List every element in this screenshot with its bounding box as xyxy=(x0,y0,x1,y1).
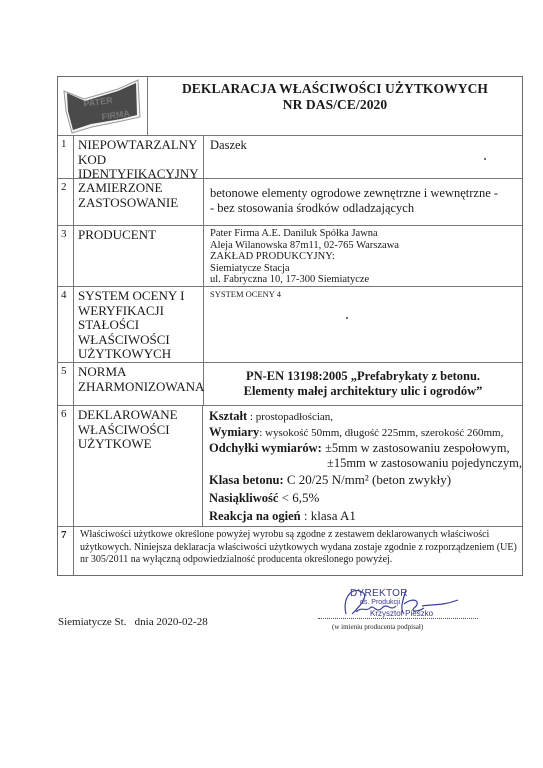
title-line-1: DEKLARACJA WŁAŚCIWOŚCI UŻYTKOWYCH xyxy=(148,81,522,97)
signature-caption: (w imieniu producenta podpisał) xyxy=(332,623,423,631)
property-tolerance-2: ±15mm w zastosowaniu pojedynczym, xyxy=(209,456,522,471)
row-number: 7 xyxy=(58,527,74,575)
row-number: 5 xyxy=(58,363,74,405)
row-number: 3 xyxy=(58,226,74,286)
table-row: 3 PRODUCENT Pater Firma A.E. Daniluk Spó… xyxy=(58,226,522,287)
property-tolerance: Odchyłki wymiarów: ±5mm w zastosowaniu z… xyxy=(209,441,522,456)
property-absorption: Nasiąkliwość < 6,5% xyxy=(209,489,522,507)
place-and-date: Siemiatycze St. dnia 2020-02-28 xyxy=(58,616,208,628)
table-row: 4 SYSTEM OCENY I WERYFIKACJI STAŁOŚCI WŁ… xyxy=(58,287,522,363)
title-line-2: NR DAS/CE/2020 xyxy=(148,97,522,113)
signature-block: DYREKTOR ds. Produkcji Krzysztof Pieszko… xyxy=(318,588,478,648)
table-row: 7 Właściwości użytkowe określone powyżej… xyxy=(58,527,522,575)
property-shape: Kształt : prostopadłościan, xyxy=(209,409,522,425)
row-value: betonowe elementy ogrodowe zewnętrzne i … xyxy=(204,179,522,225)
conformity-statement: Właściwości użytkowe określone powyżej w… xyxy=(74,527,522,575)
row-number: 6 xyxy=(58,406,74,526)
scan-speck xyxy=(346,317,348,319)
property-dimensions: Wymiary: wysokość 50mm, długość 225mm, s… xyxy=(209,425,522,441)
logo: PATER FIRMA xyxy=(58,77,148,135)
table-row: 1 NIEPOWTARZALNY KOD IDENTYFIKACYJNY Das… xyxy=(58,136,522,179)
row-label: ZAMIERZONE ZASTOSOWANIE xyxy=(74,179,204,225)
row-value: PN-EN 13198:2005 „Prefabrykaty z betonu.… xyxy=(204,363,522,405)
document-title: DEKLARACJA WŁAŚCIWOŚCI UŻYTKOWYCH NR DAS… xyxy=(148,77,522,135)
declaration-table: PATER FIRMA DEKLARACJA WŁAŚCIWOŚCI UŻYTK… xyxy=(57,76,523,576)
signature-line xyxy=(318,618,478,619)
table-header: PATER FIRMA DEKLARACJA WŁAŚCIWOŚCI UŻYTK… xyxy=(58,77,522,136)
declaration-page: PATER FIRMA DEKLARACJA WŁAŚCIWOŚCI UŻYTK… xyxy=(0,0,543,768)
row-value: SYSTEM OCENY 4 xyxy=(204,287,522,362)
row-label: SYSTEM OCENY I WERYFIKACJI STAŁOŚCI WŁAŚ… xyxy=(74,287,204,362)
scan-speck xyxy=(484,158,486,160)
row-value: Kształt : prostopadłościan, Wymiary: wys… xyxy=(203,406,522,526)
table-row: 2 ZAMIERZONE ZASTOSOWANIE betonowe eleme… xyxy=(58,179,522,226)
table-row: 5 NORMA ZHARMONIZOWANA PN-EN 13198:2005 … xyxy=(58,363,522,406)
row-label: NIEPOWTARZALNY KOD IDENTYFIKACYJNY xyxy=(74,136,204,178)
pater-firma-logo-icon: PATER FIRMA xyxy=(58,77,147,135)
property-fire-reaction: Reakcja na ogień : klasa A1 xyxy=(209,507,522,525)
row-number: 2 xyxy=(58,179,74,225)
row-value: Pater Firma A.E. Daniluk Spółka Jawna Al… xyxy=(204,226,522,286)
row-value: Daszek xyxy=(204,136,522,178)
row-label: PRODUCENT xyxy=(74,226,204,286)
row-number: 1 xyxy=(58,136,74,178)
table-row: 6 DEKLAROWANE WŁAŚCIWOŚCI UŻYTKOWE Kszta… xyxy=(58,406,522,527)
property-concrete-class: Klasa betonu: C 20/25 N/mm² (beton zwykł… xyxy=(209,471,522,489)
row-label: DEKLAROWANE WŁAŚCIWOŚCI UŻYTKOWE xyxy=(74,406,203,526)
row-label: NORMA ZHARMONIZOWANA xyxy=(74,363,204,405)
row-number: 4 xyxy=(58,287,74,362)
